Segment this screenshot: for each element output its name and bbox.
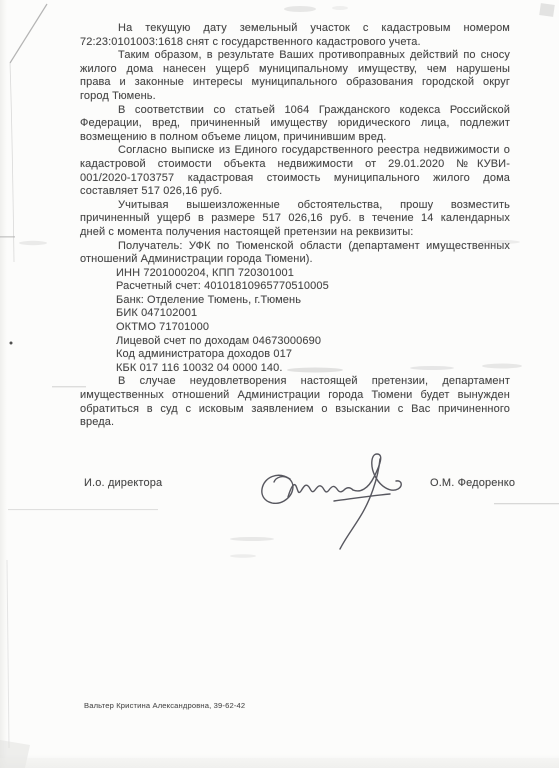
paragraph-line: кадастровой стоимости объекта недвижимос… bbox=[80, 158, 510, 172]
requisite-line: ОКТМО 71701000 bbox=[80, 321, 510, 335]
fold-line-faint bbox=[10, 63, 14, 262]
corner-smudge bbox=[539, 3, 555, 17]
scanned-document-page: На текущую дату земельный участок с када… bbox=[0, 0, 559, 768]
paragraph-line: город Тюмень. bbox=[80, 90, 510, 104]
requisite-line: БИК 047102001 bbox=[80, 307, 510, 321]
paragraph-line: имущественных отношений Администрации го… bbox=[80, 389, 510, 403]
paragraph-line: вреда. bbox=[80, 416, 510, 430]
paragraph-line: права и законные интересы муниципального… bbox=[80, 76, 510, 90]
paragraph-line: Таким образом, в результате Ваших против… bbox=[80, 49, 510, 63]
requisite-line: Банк: Отделение Тюмень, г.Тюмень bbox=[80, 294, 510, 308]
signer-position-label: И.о. директора bbox=[84, 477, 162, 489]
paragraph-line: Федерации, вред, причиненный имуществу ю… bbox=[80, 117, 510, 131]
requisite-line: ИНН 7201000204, КПП 720301001 bbox=[80, 267, 510, 281]
paragraph-line: На текущую дату земельный участок с када… bbox=[80, 22, 510, 36]
paragraph-line: обратиться в суд с исковым заявлением о … bbox=[80, 403, 510, 417]
smudge bbox=[19, 241, 47, 245]
paragraph-line: составляет 517 026,16 руб. bbox=[80, 185, 510, 199]
requisite-line: Расчетный счет: 40101810965770510005 bbox=[80, 280, 510, 294]
paragraph-line: Согласно выписке из Единого государствен… bbox=[80, 144, 510, 158]
requisite-line: КБК 017 116 10032 04 0000 140. bbox=[80, 362, 510, 376]
page-edge-shadow bbox=[0, 740, 30, 768]
signer-name: О.М. Федоренко bbox=[430, 477, 515, 489]
page-edge bbox=[7, 560, 9, 748]
requisite-line: Код администратора доходов 017 bbox=[80, 348, 510, 362]
paragraph-line: причиненный ущерб в размере 517 026,16 р… bbox=[80, 212, 510, 226]
executor-contact-note: Вальтер Кристина Александровна, 39-62-42 bbox=[84, 701, 245, 710]
paragraph-line: жилого дома нанесен ущерб муниципальному… bbox=[80, 63, 510, 77]
smudge bbox=[284, 6, 316, 12]
signature-scribble bbox=[238, 449, 420, 561]
ink-speck bbox=[10, 342, 13, 345]
fold-line bbox=[10, 4, 47, 63]
fold-crease bbox=[8, 509, 158, 510]
paragraph-line: дней с момента получения настоящей прете… bbox=[80, 226, 510, 240]
paragraph-line: В случае неудовлетворения настоящей прет… bbox=[80, 375, 510, 389]
requisite-line: Лицевой счет по доходам 04673000690 bbox=[80, 335, 510, 349]
paragraph-line: отношений Администрации города Тюмени). bbox=[80, 253, 510, 267]
paragraph-line: В соответствии со статьей 1064 Гражданск… bbox=[80, 104, 510, 118]
paragraph-line: Учитывая вышеизложенные обстоятельства, … bbox=[80, 199, 510, 213]
paragraph-line: возмещению в полном объеме лицом, причин… bbox=[80, 131, 510, 145]
paragraph-line: 72:23:0101003:1618 снят с государственно… bbox=[80, 36, 510, 50]
smudge bbox=[332, 6, 348, 10]
paragraph-line: Получатель: УФК по Тюменской области (де… bbox=[80, 240, 510, 254]
document-body: На текущую дату земельный участок с када… bbox=[80, 22, 510, 430]
paragraph-line: 001/2020-1703757 кадастровая стоимость м… bbox=[80, 172, 510, 186]
page-edge-shadow bbox=[0, 758, 559, 768]
edge-dash bbox=[0, 236, 15, 238]
fold-crease bbox=[494, 503, 559, 504]
